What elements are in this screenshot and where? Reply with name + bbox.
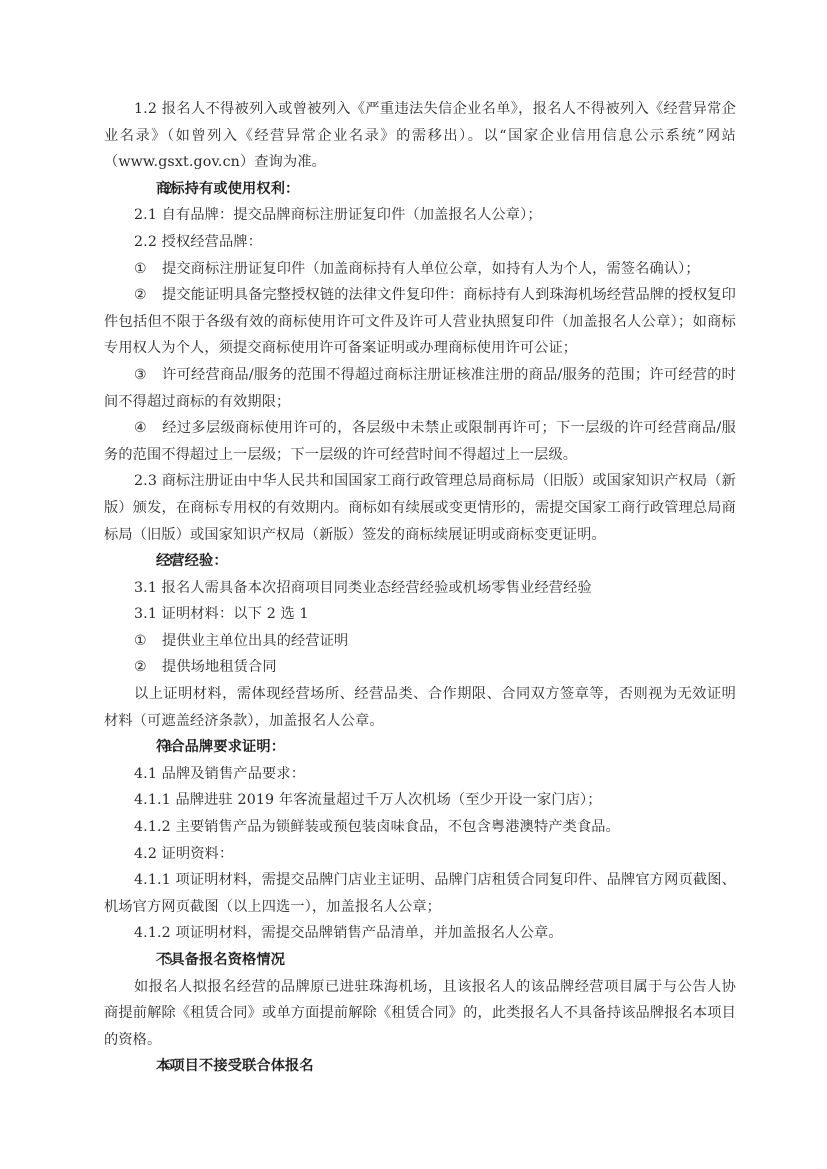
heading-text: 本项目不接受联合体报名 xyxy=(156,1058,314,1074)
heading-text: 商标持有或使用权利： xyxy=(156,181,299,197)
heading-ineligibility: 5不具备报名资格情况 xyxy=(104,947,736,974)
circled-number-marker: ① xyxy=(134,628,162,655)
list-item-2: ②提交能证明具备完整授权链的法律文件复印件：商标持有人到珠海机场经营品牌的授权复… xyxy=(104,282,736,362)
list-item-4: ④经过多层级商标使用许可的，各层级中未禁止或限制再许可；下一层级的许可经营商品/… xyxy=(104,415,736,468)
paragraph-3-1-proof: 3.1 证明材料：以下 2 选 1 xyxy=(104,601,736,628)
paragraph-proof-note: 以上证明材料，需体现经营场所、经营品类、合作期限、合同双方签章等，否则视为无效证… xyxy=(104,681,736,734)
heading-text: 符合品牌要求证明： xyxy=(156,739,285,755)
heading-no-consortium: 6.本项目不接受联合体报名 xyxy=(104,1053,736,1080)
list-item-1: ①提交商标注册证复印件（加盖商标持有人单位公章，如持有人为个人，需签名确认）； xyxy=(104,256,736,283)
paragraph-4-1-2-proof: 4.1.2 项证明材料，需提交品牌销售产品清单，并加盖报名人公章。 xyxy=(104,920,736,947)
heading-number: 2. xyxy=(134,176,156,203)
list-item-3: ③许可经营商品/服务的范围不得超过商标注册证核准注册的商品/服务的范围；许可经营… xyxy=(104,362,736,415)
proof-option-1: ①提供业主单位出具的经营证明 xyxy=(104,628,736,655)
paragraph-2-2-authorized-brand: 2.2 授权经营品牌： xyxy=(104,229,736,256)
list-item-text: 提交商标注册证复印件（加盖商标持有人单位公章，如持有人为个人，需签名确认）； xyxy=(162,261,700,277)
heading-number: 5 xyxy=(134,947,156,974)
circled-number-marker: ② xyxy=(134,654,162,681)
paragraph-4-1-1: 4.1.1 品牌进驻 2019 年客流量超过千万人次机场（至少开设一家门店）； xyxy=(104,787,736,814)
heading-number: 3. xyxy=(134,548,156,575)
paragraph-4-1-2: 4.1.2 主要销售产品为锁鲜装或预包装卤味食品，不包含粤港澳特产类食品。 xyxy=(104,814,736,841)
paragraph-1-2-blacklist: 1.2 报名人不得被列入或曾被列入《严重违法失信企业名单》，报名人不得被列入《经… xyxy=(104,96,736,176)
heading-number: 6. xyxy=(134,1053,156,1080)
document-page: 1.2 报名人不得被列入或曾被列入《严重违法失信企业名单》，报名人不得被列入《经… xyxy=(104,96,736,1080)
list-item-text: 许可经营商品/服务的范围不得超过商标注册证核准注册的商品/服务的范围；许可经营的… xyxy=(104,367,736,410)
heading-trademark-rights: 2.商标持有或使用权利： xyxy=(104,176,736,203)
list-item-text: 经过多层级商标使用许可的，各层级中未禁止或限制再许可；下一层级的许可经营商品/服… xyxy=(104,420,736,463)
paragraph-3-1-requirement: 3.1 报名人需具备本次招商项目同类业态经营经验或机场零售业经营经验 xyxy=(104,575,736,602)
list-item-text: 提供场地租赁合同 xyxy=(162,659,277,675)
circled-number-marker: ④ xyxy=(134,415,162,442)
paragraph-4-1-1-proof: 4.1.1 项证明材料，需提交品牌门店业主证明、品牌门店租赁合同复印件、品牌官方… xyxy=(104,867,736,920)
list-item-text: 提供业主单位出具的经营证明 xyxy=(162,633,348,649)
heading-operating-experience: 3.经营经验： xyxy=(104,548,736,575)
circled-number-marker: ② xyxy=(134,282,162,309)
circled-number-marker: ① xyxy=(134,256,162,283)
paragraph-4-1: 4.1 品牌及销售产品要求： xyxy=(104,761,736,788)
heading-text: 经营经验： xyxy=(156,553,228,569)
circled-number-marker: ③ xyxy=(134,362,162,389)
heading-text: 不具备报名资格情况 xyxy=(156,952,285,968)
paragraph-4-2: 4.2 证明资料： xyxy=(104,841,736,868)
proof-option-2: ②提供场地租赁合同 xyxy=(104,654,736,681)
heading-number: 4. xyxy=(134,734,156,761)
paragraph-2-3-certificate: 2.3 商标注册证由中华人民共和国国家工商行政管理总局商标局（旧版）或国家知识产… xyxy=(104,468,736,548)
heading-brand-proof: 4.符合品牌要求证明： xyxy=(104,734,736,761)
paragraph-2-1-own-brand: 2.1 自有品牌：提交品牌商标注册证复印件（加盖报名人公章）； xyxy=(104,202,736,229)
list-item-text: 提交能证明具备完整授权链的法律文件复印件：商标持有人到珠海机场经营品牌的授权复印… xyxy=(104,287,736,356)
paragraph-ineligibility: 如报名人拟报名经营的品牌原已进驻珠海机场，且该报名人的该品牌经营项目属于与公告人… xyxy=(104,974,736,1054)
